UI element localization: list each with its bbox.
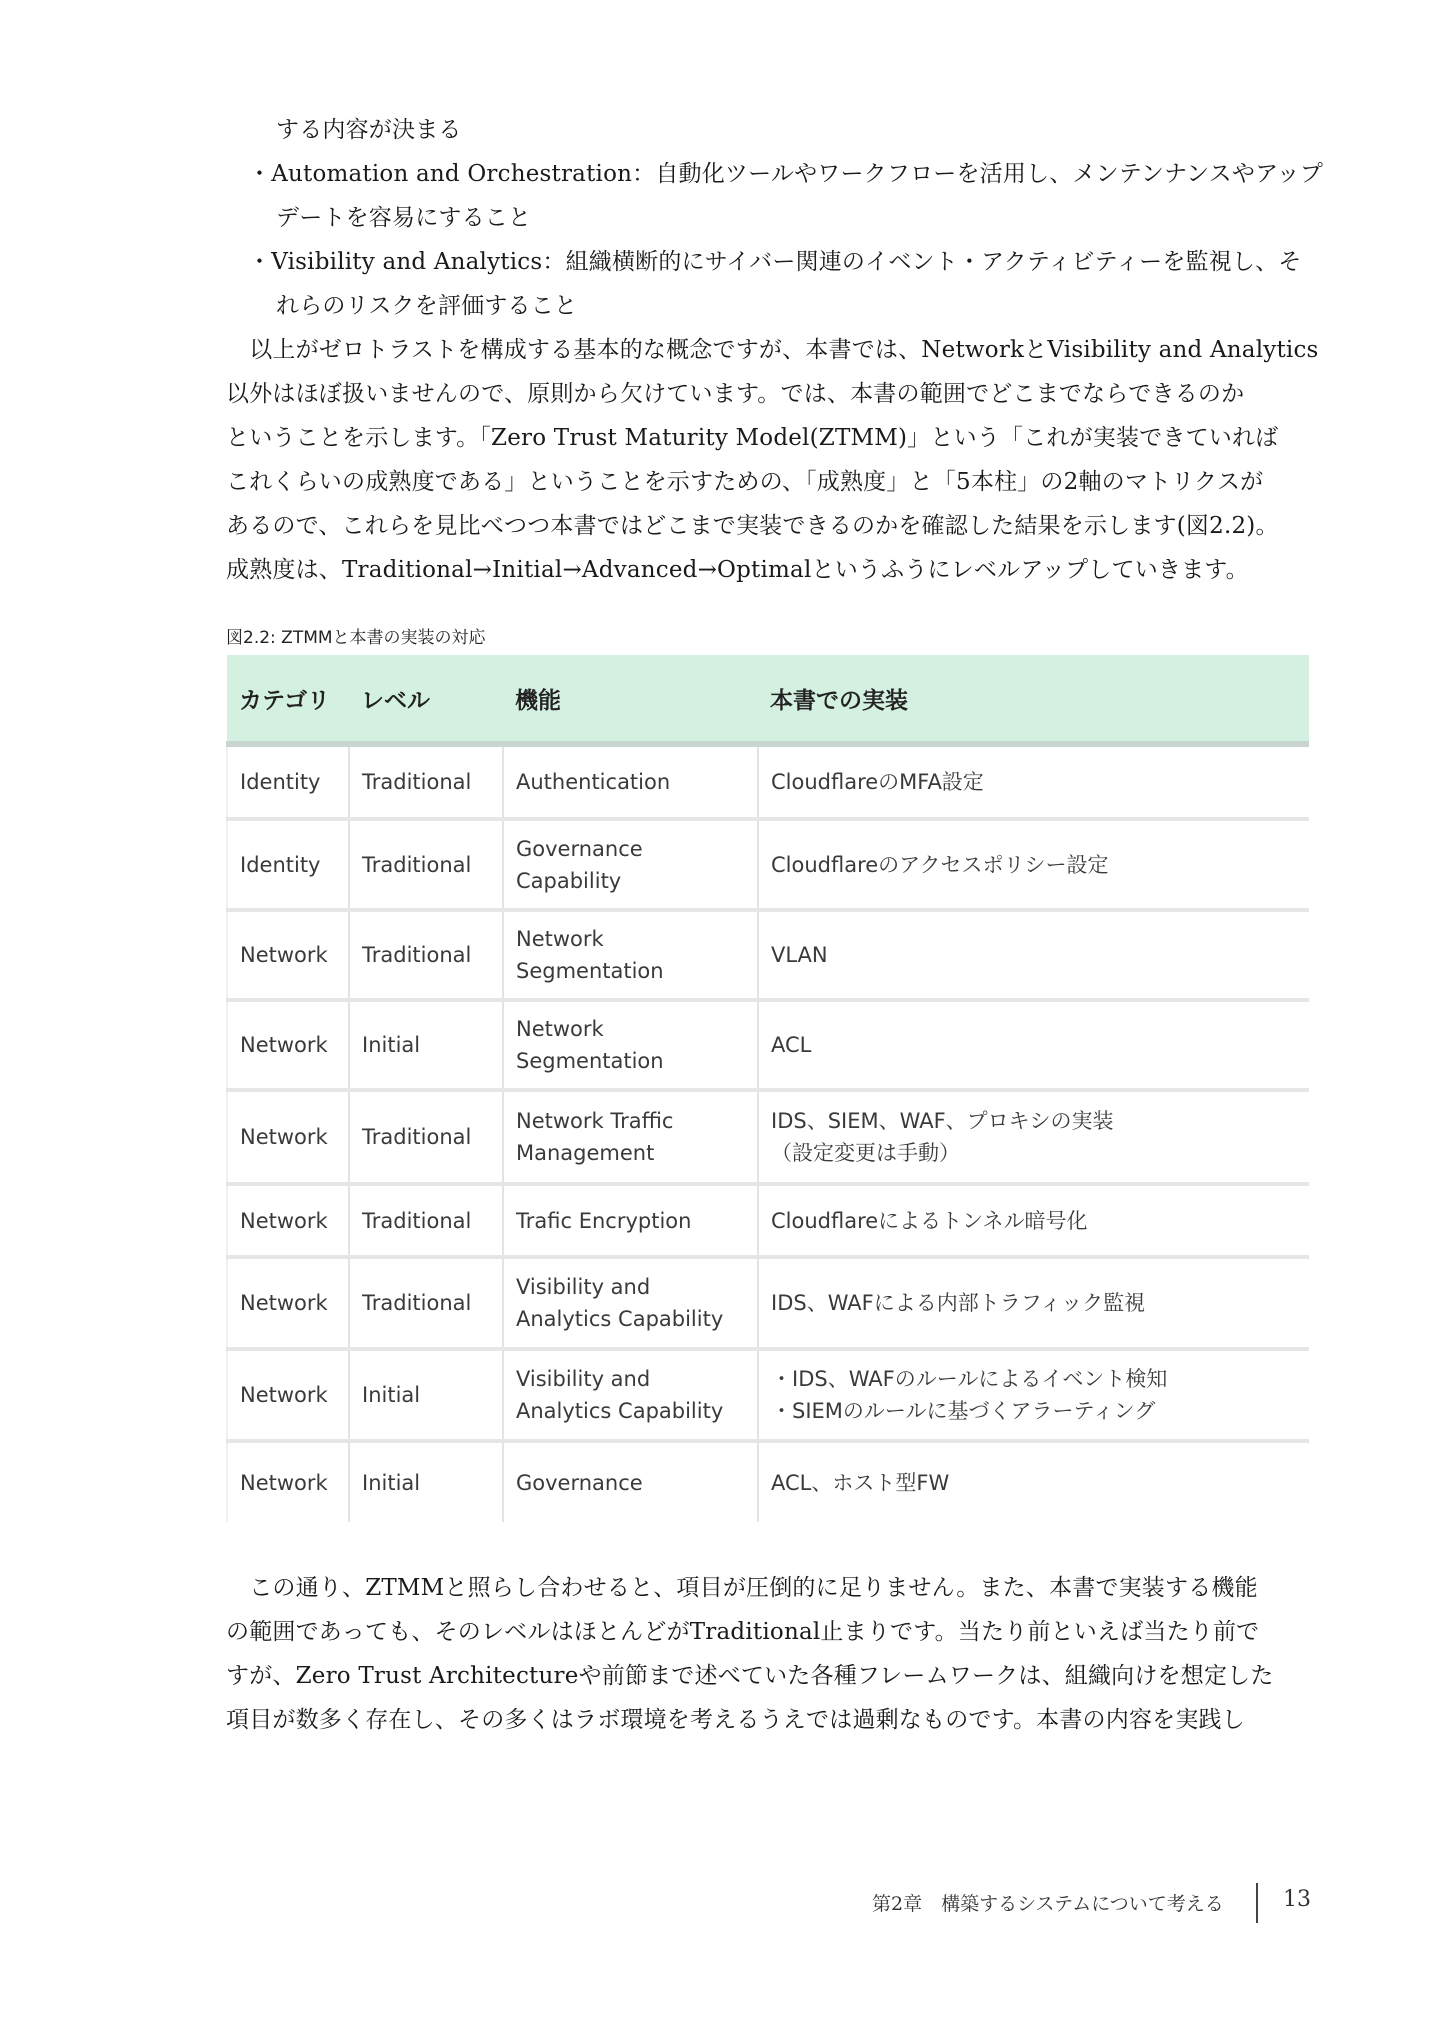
cell-implementation: ACL、ホスト型FW	[758, 1441, 1309, 1522]
cell-text: IDS、WAFによる内部トラフィック監視	[771, 1287, 1297, 1319]
cell-level: Traditional	[349, 1090, 503, 1184]
cell-function: Visibility and Analytics Capability	[503, 1257, 758, 1349]
cell-function: Governance	[503, 1441, 758, 1522]
cell-text: （設定変更は手動）	[771, 1137, 1297, 1169]
cell-text: ・SIEMのルールに基づくアラーティング	[771, 1395, 1297, 1427]
cell-text: IDS、SIEM、WAF、プロキシの実装	[771, 1105, 1297, 1137]
cell-function: Visibility and Analytics Capability	[503, 1349, 758, 1441]
cell-text: Trafic Encryption	[516, 1205, 745, 1237]
cell-category: Network	[227, 1441, 349, 1522]
cell-category: Identity	[227, 744, 349, 819]
figure-table-image: カテゴリ レベル 機能 本書での実装 Identity Traditional …	[226, 655, 1308, 1525]
list-continuation-line: れらのリスクを評価すること	[276, 291, 577, 321]
cell-text: ACL	[771, 1029, 1297, 1061]
cell-level: Initial	[349, 1000, 503, 1090]
cell-function: Network Segmentation	[503, 1000, 758, 1090]
cell-text: Network	[516, 923, 745, 955]
cell-text: Cloudflareによるトンネル暗号化	[771, 1205, 1297, 1237]
paragraph-line: 項目が数多く存在し、その多くはラボ環境を考えるうえでは過剰なものです。本書の内容…	[226, 1705, 1245, 1735]
list-continuation-line: する内容が決まる	[276, 115, 462, 145]
table-row: Identity Traditional Governance Capabili…	[227, 819, 1309, 910]
paragraph-line: の範囲であっても、そのレベルはほとんどがTraditional止まりです。当たり…	[226, 1617, 1259, 1647]
cell-text: Network Traffic	[516, 1105, 745, 1137]
cell-category: Network	[227, 1349, 349, 1441]
cell-category: Network	[227, 1000, 349, 1090]
cell-text: Visibility and	[516, 1363, 745, 1395]
ztmm-table: カテゴリ レベル 機能 本書での実装 Identity Traditional …	[226, 655, 1309, 1522]
cell-implementation: Cloudflareによるトンネル暗号化	[758, 1184, 1309, 1257]
cell-text: Capability	[516, 865, 745, 897]
cell-level: Traditional	[349, 1184, 503, 1257]
cell-implementation: ・IDS、WAFのルールによるイベント検知 ・SIEMのルールに基づくアラーティ…	[758, 1349, 1309, 1441]
footer-divider	[1256, 1883, 1258, 1923]
cell-implementation: Cloudflareのアクセスポリシー設定	[758, 819, 1309, 910]
cell-implementation: VLAN	[758, 910, 1309, 1000]
cell-category: Network	[227, 1257, 349, 1349]
cell-text: Analytics Capability	[516, 1395, 745, 1427]
paragraph-line: 以上がゼロトラストを構成する基本的な概念ですが、本書では、NetworkとVis…	[226, 335, 1319, 365]
table-row: Network Initial Visibility and Analytics…	[227, 1349, 1309, 1441]
header-function: 機能	[503, 655, 758, 744]
cell-implementation: ACL	[758, 1000, 1309, 1090]
cell-text: Network	[516, 1013, 745, 1045]
bullet-item-automation: ・Automation and Orchestration：自動化ツールやワーク…	[248, 159, 1323, 189]
cell-text: Segmentation	[516, 1045, 745, 1077]
running-footer-chapter: 第2章 構築するシステムについて考える	[872, 1889, 1224, 1916]
cell-level: Traditional	[349, 1257, 503, 1349]
table-row: Network Traditional Network Traffic Mana…	[227, 1090, 1309, 1184]
table-row: Network Traditional Visibility and Analy…	[227, 1257, 1309, 1349]
header-level: レベル	[349, 655, 503, 744]
cell-implementation: IDS、SIEM、WAF、プロキシの実装 （設定変更は手動）	[758, 1090, 1309, 1184]
cell-implementation: CloudflareのMFA設定	[758, 744, 1309, 819]
cell-level: Traditional	[349, 819, 503, 910]
cell-level: Initial	[349, 1349, 503, 1441]
paragraph-line: 成熟度は、Traditional→Initial→Advanced→Optima…	[226, 555, 1249, 585]
cell-category: Network	[227, 910, 349, 1000]
cell-category: Identity	[227, 819, 349, 910]
cell-function: Trafic Encryption	[503, 1184, 758, 1257]
cell-text: ACL、ホスト型FW	[771, 1467, 1297, 1499]
cell-text: CloudflareのMFA設定	[771, 766, 1297, 798]
document-page: する内容が決まる ・Automation and Orchestration：自…	[0, 0, 1433, 2024]
cell-text: Management	[516, 1137, 745, 1169]
cell-text: Cloudflareのアクセスポリシー設定	[771, 849, 1297, 881]
cell-text: Segmentation	[516, 955, 745, 987]
header-category: カテゴリ	[227, 655, 349, 744]
cell-text: Visibility and	[516, 1271, 745, 1303]
paragraph-line: この通り、ZTMMと照らし合わせると、項目が圧倒的に足りません。また、本書で実装…	[226, 1573, 1258, 1603]
table-row: Network Initial Network Segmentation ACL	[227, 1000, 1309, 1090]
table-row: Network Initial Governance ACL、ホスト型FW	[227, 1441, 1309, 1522]
paragraph-line: これくらいの成熟度である」ということを示すための、「成熟度」と「5本柱」の2軸の…	[226, 467, 1263, 497]
cell-implementation: IDS、WAFによる内部トラフィック監視	[758, 1257, 1309, 1349]
figure-caption: 図2.2: ZTMMと本書の実装の対応	[226, 623, 486, 648]
page-footer: 第2章 構築するシステムについて考える 13	[0, 1883, 1433, 1923]
cell-text: Governance	[516, 833, 745, 865]
cell-text: Analytics Capability	[516, 1303, 745, 1335]
cell-level: Traditional	[349, 910, 503, 1000]
bullet-item-visibility: ・Visibility and Analytics：組織横断的にサイバー関連のイ…	[248, 247, 1302, 277]
list-continuation-line: デートを容易にすること	[276, 203, 531, 233]
table-row: Identity Traditional Authentication Clou…	[227, 744, 1309, 819]
paragraph-line: ということを示します。「Zero Trust Maturity Model(ZT…	[226, 423, 1278, 453]
table-header-row: カテゴリ レベル 機能 本書での実装	[227, 655, 1309, 744]
cell-category: Network	[227, 1090, 349, 1184]
cell-function: Authentication	[503, 744, 758, 819]
paragraph-line: あるので、これらを見比べつつ本書ではどこまで実装できるのかを確認した結果を示しま…	[226, 511, 1279, 541]
cell-text: VLAN	[771, 939, 1297, 971]
cell-level: Traditional	[349, 744, 503, 819]
cell-text: Governance	[516, 1467, 745, 1499]
header-implementation: 本書での実装	[758, 655, 1309, 744]
cell-text: ・IDS、WAFのルールによるイベント検知	[771, 1363, 1297, 1395]
cell-function: Governance Capability	[503, 819, 758, 910]
paragraph-line: 以外はほぼ扱いませんので、原則から欠けています。では、本書の範囲でどこまでならで…	[226, 379, 1244, 409]
cell-category: Network	[227, 1184, 349, 1257]
cell-function: Network Segmentation	[503, 910, 758, 1000]
paragraph-line: すが、Zero Trust Architectureや前節まで述べていた各種フレ…	[226, 1661, 1274, 1691]
table-row: Network Traditional Network Segmentation…	[227, 910, 1309, 1000]
cell-function: Network Traffic Management	[503, 1090, 758, 1184]
table-row: Network Traditional Trafic Encryption Cl…	[227, 1184, 1309, 1257]
cell-text: Authentication	[516, 766, 745, 798]
page-number: 13	[1283, 1887, 1311, 1912]
cell-level: Initial	[349, 1441, 503, 1522]
